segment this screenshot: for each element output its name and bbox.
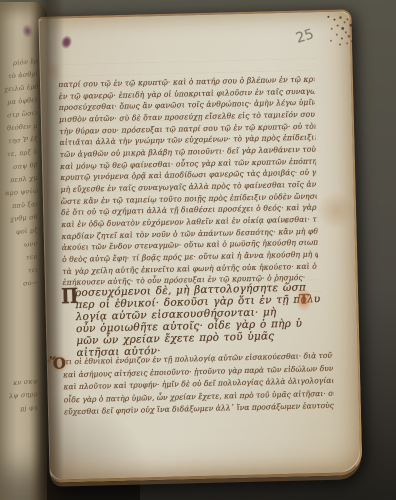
commentary-text-block-lower: τι οἱ ἐθνικοὶ ἐνόμιζον ἐν τῇ πολυλογίᾳ α… bbox=[63, 350, 334, 420]
ink-stain-purple bbox=[21, 23, 34, 39]
manuscript-photo: ρϊόν ἔρ τὸ ἀσθρί χειλῶ ἐρθ μα ὀφθεῖ στρ … bbox=[0, 0, 396, 500]
gutter-shadow bbox=[34, 0, 64, 500]
folio-number: 25 bbox=[294, 26, 316, 47]
marginal-tau-letter: Τ bbox=[299, 292, 309, 307]
ink-speckles bbox=[327, 16, 329, 18]
rust-stain bbox=[316, 191, 357, 230]
marginal-tau-mark: Τ bbox=[295, 288, 313, 311]
manuscript-page: 25 πατρί σου τῷ ἐν τῷ κρυπτῷ· καὶ ὁ πατή… bbox=[38, 9, 362, 483]
gospel-lemma-block: ροσευχόμενοι δὲ, μὴ βαττολογήσητε ὥσπ πε… bbox=[75, 281, 323, 360]
commentary-text-block-upper: πατρί σου τῷ ἐν τῷ κρυπτῷ· καὶ ὁ πατήρ σ… bbox=[58, 74, 318, 289]
